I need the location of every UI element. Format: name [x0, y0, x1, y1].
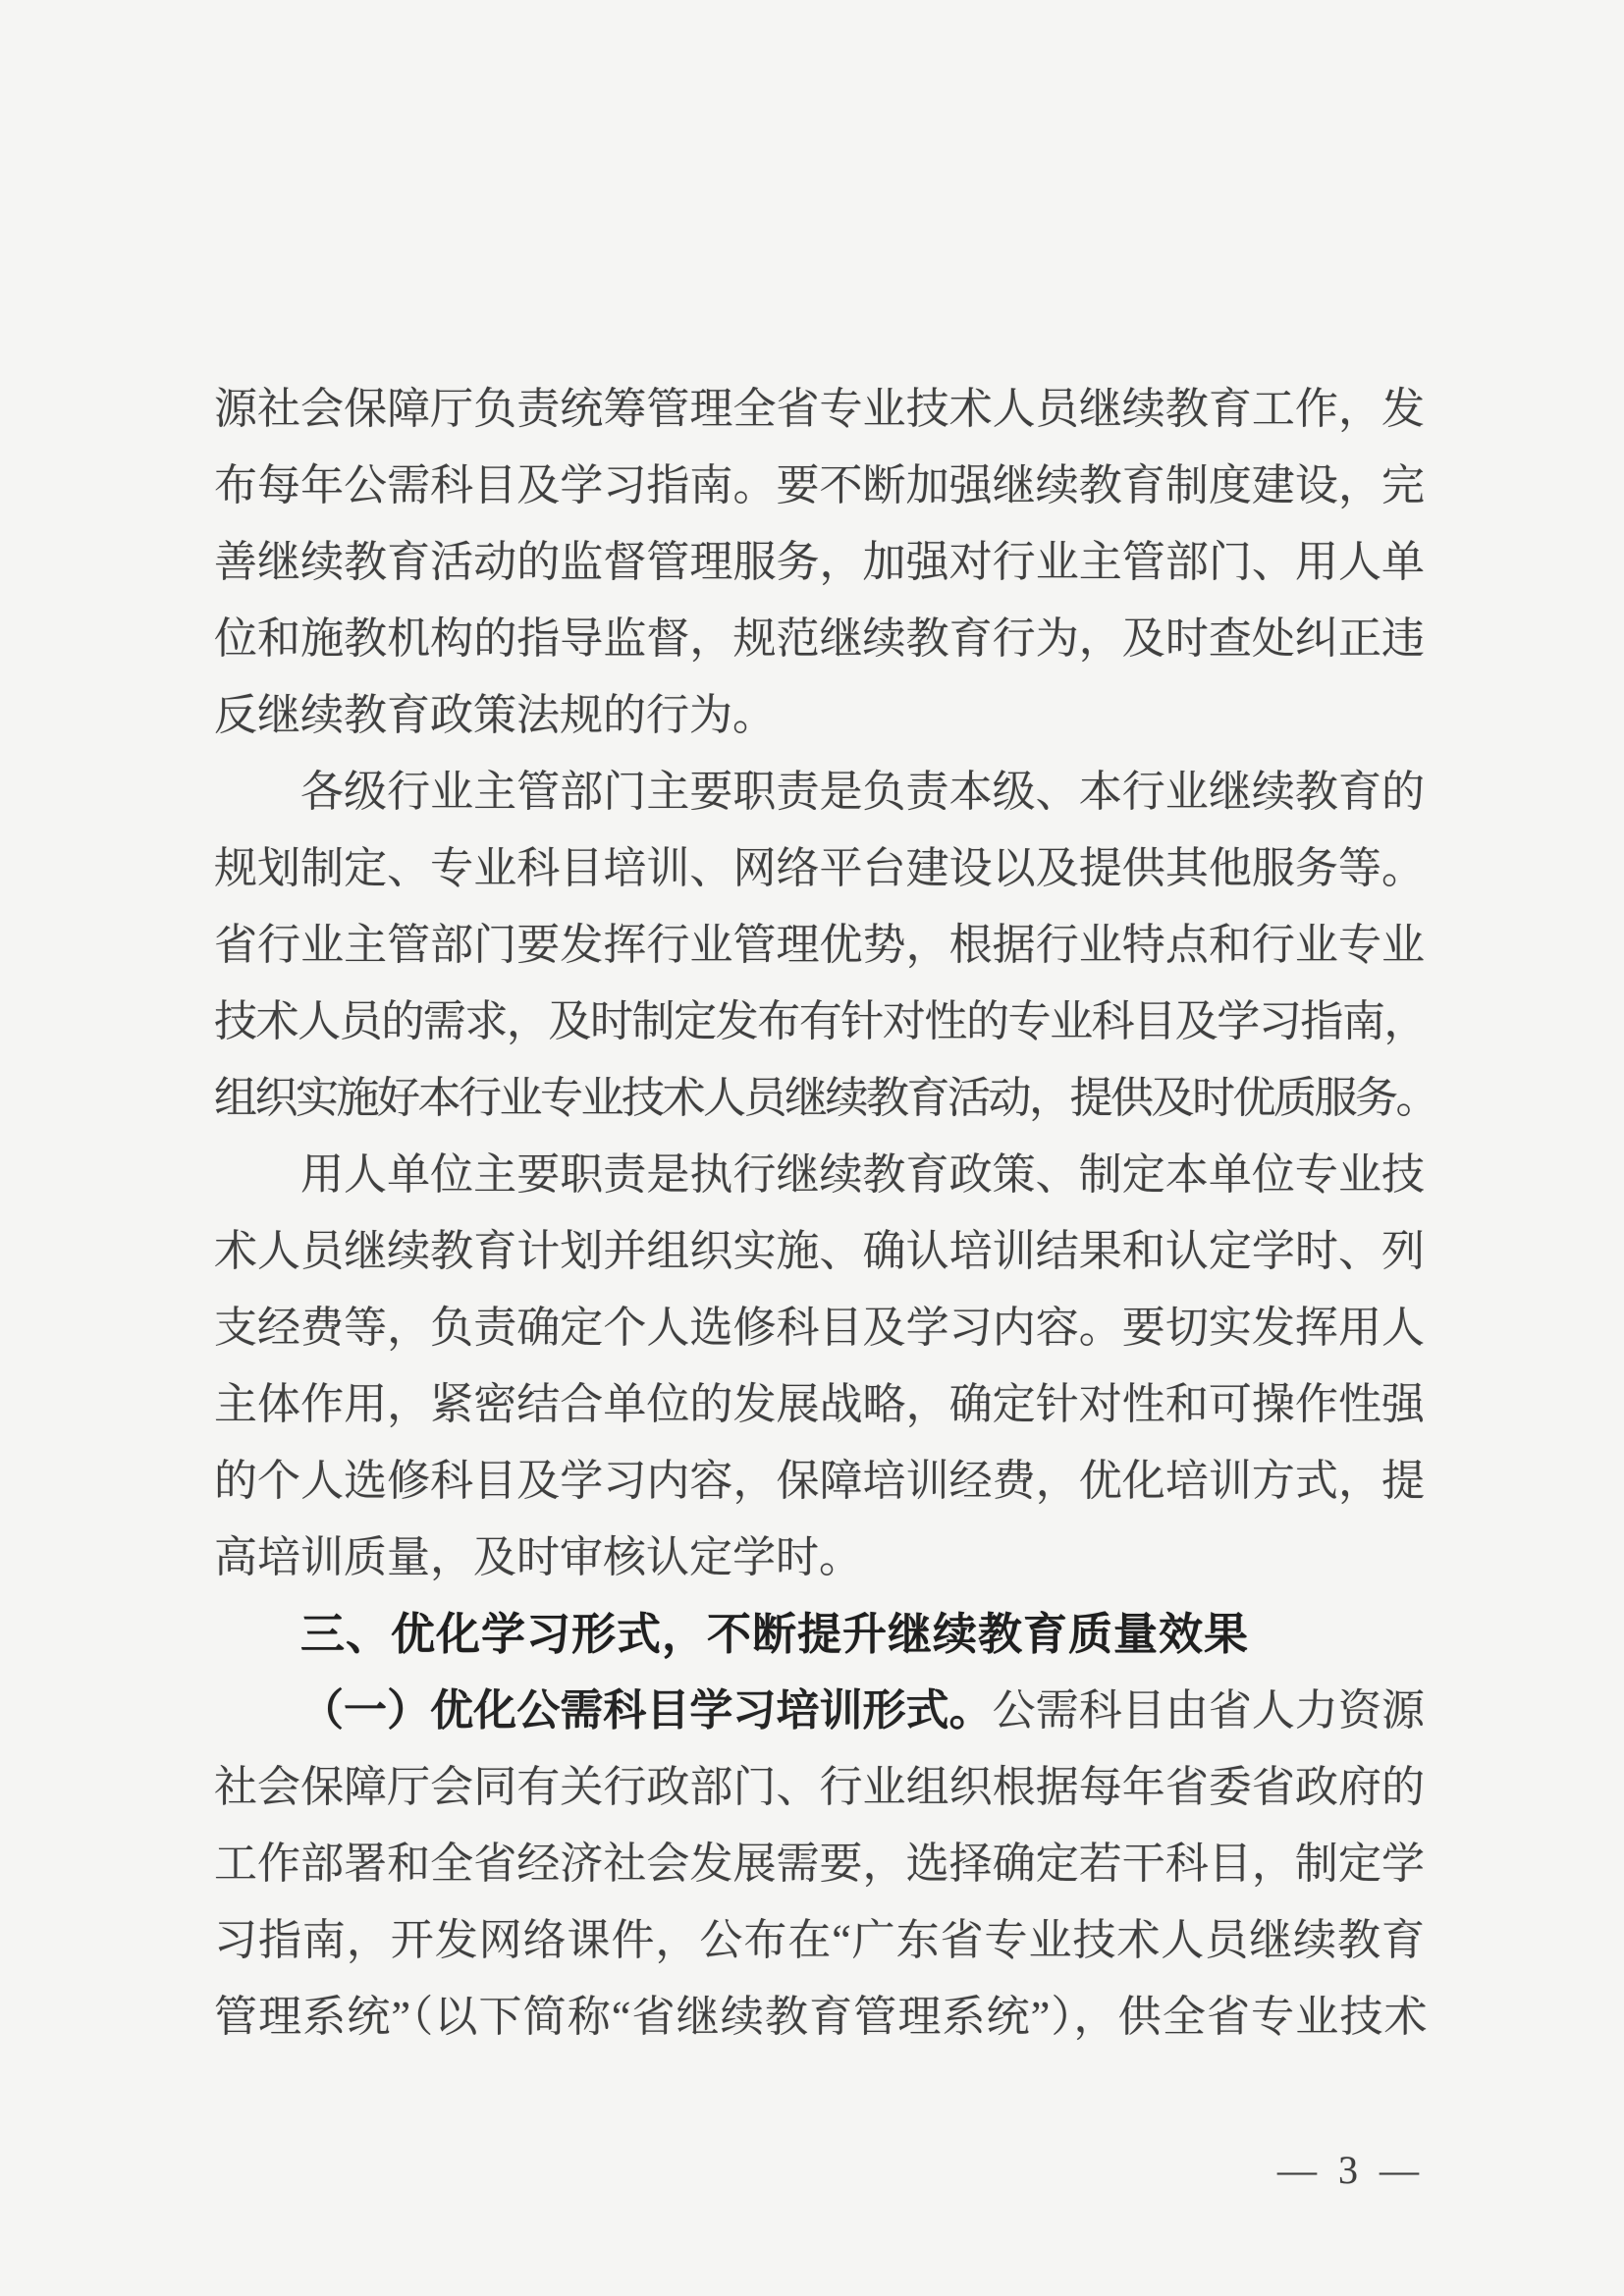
section-heading: 三、优化学习形式，不断提升继续教育质量效果	[214, 1596, 1425, 1673]
text-line: 善继续教育活动的监督管理服务，加强对行业主管部门、用人单	[214, 524, 1425, 601]
text-line: 规划制定、专业科目培训、网络平台建设以及提供其他服务等。	[214, 830, 1425, 907]
text-line: 管理系统”（以下简称“省继续教育管理系统”），供全省专业技术	[214, 1979, 1425, 2056]
text-line: 用人单位主要职责是执行继续教育政策、制定本单位专业技	[214, 1137, 1425, 1213]
text-line: 布每年公需科目及学习指南。要不断加强继续教育制度建设，完	[214, 448, 1425, 524]
text-line: 组织实施好本行业专业技术人员继续教育活动，提供及时优质服务。	[214, 1060, 1425, 1137]
text-line: 各级行业主管部门主要职责是负责本级、本行业继续教育的	[214, 754, 1425, 830]
document-body: 源社会保障厅负责统筹管理全省专业技术人员继续教育工作，发 布每年公需科目及学习指…	[214, 371, 1425, 2056]
text-line: 术人员继续教育计划并组织实施、确认培训结果和认定学时、列	[214, 1213, 1425, 1290]
text-line: 源社会保障厅负责统筹管理全省专业技术人员继续教育工作，发	[214, 371, 1425, 448]
text-line: 技术人员的需求，及时制定发布有针对性的专业科目及学习指南，	[214, 984, 1425, 1060]
text-line: 社会保障厅会同有关行政部门、行业组织根据每年省委省政府的	[214, 1749, 1425, 1826]
text-run: 公需科目由省人力资源	[993, 1686, 1425, 1735]
text-line: 习指南，开发网络课件，公布在“广东省专业技术人员继续教育	[214, 1902, 1425, 1979]
subsection-heading: （一）优化公需科目学习培训形式。	[300, 1686, 993, 1735]
page-number: — 3 —	[214, 2132, 1425, 2209]
text-line: 位和施教机构的指导监督，规范继续教育行为，及时查处纠正违	[214, 601, 1425, 677]
document-page: 源社会保障厅负责统筹管理全省专业技术人员继续教育工作，发 布每年公需科目及学习指…	[0, 0, 1624, 2296]
text-line: 省行业主管部门要发挥行业管理优势，根据行业特点和行业专业	[214, 907, 1425, 984]
text-line: （一）优化公需科目学习培训形式。公需科目由省人力资源	[214, 1673, 1425, 1749]
text-line: 反继续教育政策法规的行为。	[214, 677, 1425, 754]
text-line: 支经费等，负责确定个人选修科目及学习内容。要切实发挥用人	[214, 1290, 1425, 1366]
text-line: 工作部署和全省经济社会发展需要，选择确定若干科目，制定学	[214, 1826, 1425, 1902]
text-line: 高培训质量，及时审核认定学时。	[214, 1520, 1425, 1596]
text-line: 主体作用，紧密结合单位的发展战略，确定针对性和可操作性强	[214, 1366, 1425, 1443]
text-line: 的个人选修科目及学习内容，保障培训经费，优化培训方式，提	[214, 1443, 1425, 1520]
